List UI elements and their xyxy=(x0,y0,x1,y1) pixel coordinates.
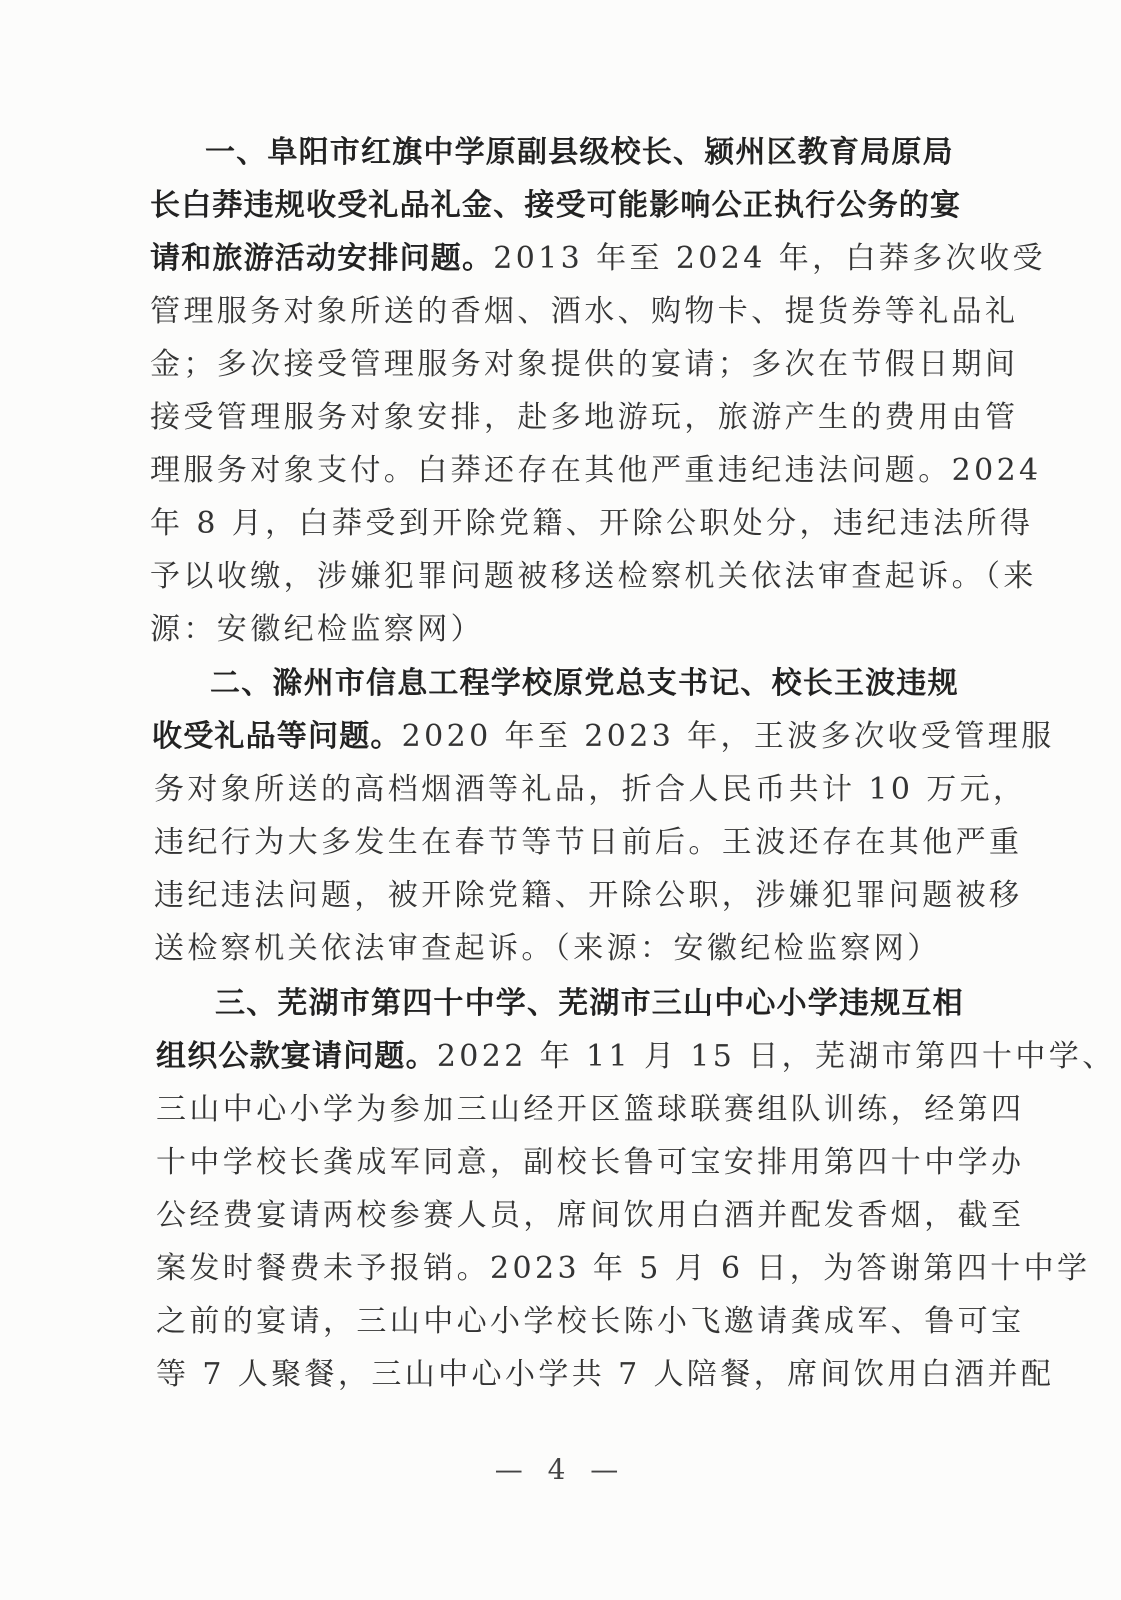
body-text: 接受管理服务对象安排，赴多地游玩，旅游产生的费用由管 xyxy=(150,400,1018,435)
source-text: 源：安徽纪检监察网） xyxy=(150,612,484,647)
body-line: 违纪违法问题，被开除党籍、开除公职，涉嫌犯罪问题被移 xyxy=(154,876,1022,916)
body-text: 2013 年至 2024 年，白莽多次收受 xyxy=(493,241,1046,276)
body-text: 务对象所送的高档烟酒等礼品，折合人民币共计 10 万元， xyxy=(154,772,1026,807)
body-text: 予以收缴，涉嫌犯罪问题被移送检察机关依法审查起诉。（来 xyxy=(150,559,1037,594)
section-1-heading-line-2: 长白莽违规收受礼品礼金、接受可能影响公正执行公务的宴 xyxy=(150,186,961,226)
body-line: 案发时餐费未予报销。2023 年 5 月 6 日，为答谢第四十中学 xyxy=(156,1249,1090,1289)
source-line: 源：安徽纪检监察网） xyxy=(150,610,484,650)
section-3-heading-line-1: 三、芜湖市第四十中学、芜湖市三山中心小学违规互相 xyxy=(215,984,964,1024)
body-text: 管理服务对象所送的香烟、酒水、购物卡、提货券等礼品礼 xyxy=(150,294,1018,329)
body-text: 等 7 人聚餐，三山中心小学共 7 人陪餐，席间饮用白酒并配 xyxy=(156,1357,1054,1392)
body-line: 十中学校长龚成军同意，副校长鲁可宝安排用第四十中学办 xyxy=(156,1143,1024,1183)
body-text: 案发时餐费未予报销。2023 年 5 月 6 日，为答谢第四十中学 xyxy=(156,1251,1090,1286)
body-line: 三山中心小学为参加三山经开区篮球联赛组队训练，经第四 xyxy=(156,1090,1024,1130)
body-line: 接受管理服务对象安排，赴多地游玩，旅游产生的费用由管 xyxy=(150,398,1018,438)
section-1-heading-line-1: 一、阜阳市红旗中学原副县级校长、颍州区教育局原局 xyxy=(205,133,954,173)
body-line: 予以收缴，涉嫌犯罪问题被移送检察机关依法审查起诉。（来 xyxy=(150,557,1037,597)
body-line: 管理服务对象所送的香烟、酒水、购物卡、提货券等礼品礼 xyxy=(150,292,1018,332)
body-line: 公经费宴请两校参赛人员，席间饮用白酒并配发香烟，截至 xyxy=(156,1196,1024,1236)
body-text: 2020 年至 2023 年，王波多次收受管理服 xyxy=(402,719,1055,754)
section-2-line-2: 收受礼品等问题。2020 年至 2023 年，王波多次收受管理服 xyxy=(152,717,1055,757)
section-heading: 请和旅游活动安排问题。 xyxy=(150,241,493,276)
section-heading: 三、芜湖市第四十中学、芜湖市三山中心小学违规互相 xyxy=(215,986,964,1021)
section-2-heading-line-1: 二、滁州市信息工程学校原党总支书记、校长王波违规 xyxy=(210,664,959,704)
body-text: 2022 年 11 月 15 日，芜湖市第四十中学、 xyxy=(437,1039,1116,1074)
section-heading: 二、滁州市信息工程学校原党总支书记、校长王波违规 xyxy=(210,666,959,701)
body-text: 理服务对象支付。白莽还存在其他严重违纪违法问题。2024 xyxy=(150,453,1042,488)
body-text: 违纪违法问题，被开除党籍、开除公职，涉嫌犯罪问题被移 xyxy=(154,878,1022,913)
body-text: 三山中心小学为参加三山经开区篮球联赛组队训练，经第四 xyxy=(156,1092,1024,1127)
body-line: 违纪行为大多发生在春节等节日前后。王波还存在其他严重 xyxy=(154,823,1022,863)
body-line: 之前的宴请，三山中心小学校长陈小飞邀请龚成军、鲁可宝 xyxy=(156,1302,1024,1342)
section-1-line-3: 请和旅游活动安排问题。2013 年至 2024 年，白莽多次收受 xyxy=(150,239,1046,279)
body-text: 金；多次接受管理服务对象提供的宴请；多次在节假日期间 xyxy=(150,347,1018,382)
page-number: — 4 — xyxy=(0,1453,1121,1486)
body-text: 违纪行为大多发生在春节等节日前后。王波还存在其他严重 xyxy=(154,825,1022,860)
section-heading: 一、阜阳市红旗中学原副县级校长、颍州区教育局原局 xyxy=(205,135,954,170)
section-3-line-2: 组织公款宴请问题。2022 年 11 月 15 日，芜湖市第四十中学、 xyxy=(156,1037,1116,1077)
body-line: 务对象所送的高档烟酒等礼品，折合人民币共计 10 万元， xyxy=(154,770,1026,810)
section-heading: 收受礼品等问题。 xyxy=(152,719,402,754)
document-page: 一、阜阳市红旗中学原副县级校长、颍州区教育局原局 长白莽违规收受礼品礼金、接受可… xyxy=(0,0,1121,1600)
section-heading: 长白莽违规收受礼品礼金、接受可能影响公正执行公务的宴 xyxy=(150,188,961,223)
body-line: 等 7 人聚餐，三山中心小学共 7 人陪餐，席间饮用白酒并配 xyxy=(156,1355,1054,1395)
body-line: 理服务对象支付。白莽还存在其他严重违纪违法问题。2024 xyxy=(150,451,1042,491)
body-text: 年 8 月，白莽受到开除党籍、开除公职处分，违纪违法所得 xyxy=(150,506,1033,541)
body-line: 金；多次接受管理服务对象提供的宴请；多次在节假日期间 xyxy=(150,345,1018,385)
body-line: 年 8 月，白莽受到开除党籍、开除公职处分，违纪违法所得 xyxy=(150,504,1033,544)
body-text: 之前的宴请，三山中心小学校长陈小飞邀请龚成军、鲁可宝 xyxy=(156,1304,1024,1339)
body-text: 送检察机关依法审查起诉。（来源：安徽纪检监察网） xyxy=(154,931,941,966)
source-line: 送检察机关依法审查起诉。（来源：安徽纪检监察网） xyxy=(154,929,941,969)
body-text: 公经费宴请两校参赛人员，席间饮用白酒并配发香烟，截至 xyxy=(156,1198,1024,1233)
body-text: 十中学校长龚成军同意，副校长鲁可宝安排用第四十中学办 xyxy=(156,1145,1024,1180)
section-heading: 组织公款宴请问题。 xyxy=(156,1039,437,1074)
